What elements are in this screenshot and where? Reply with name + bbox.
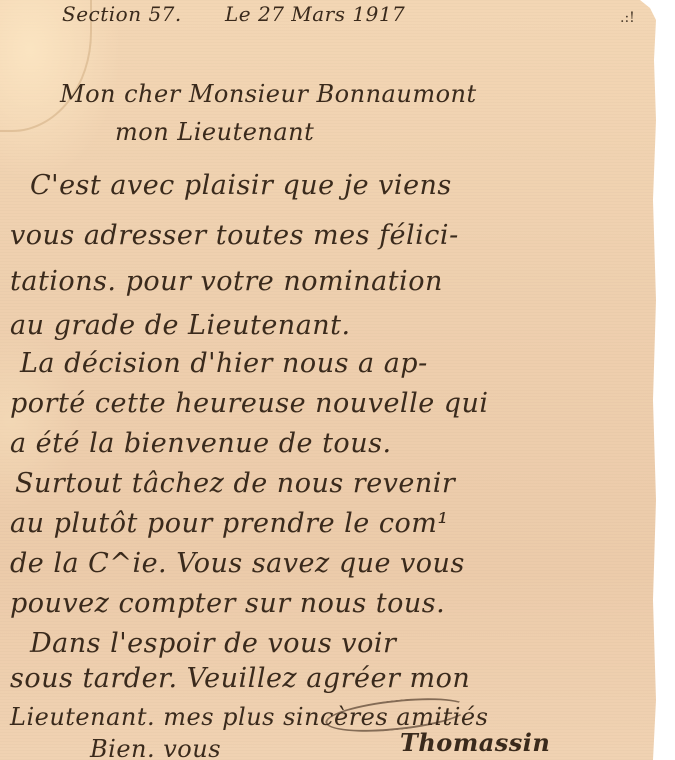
corner-marks: .:! bbox=[620, 10, 635, 26]
body-line: sous tarder. Veuillez agréer mon bbox=[10, 663, 470, 694]
salutation-line-1: Mon cher Monsieur Bonnaumont bbox=[60, 80, 477, 108]
salutation-line-2: mon Lieutenant bbox=[115, 118, 314, 146]
body-line: vous adresser toutes mes félici- bbox=[10, 220, 459, 251]
body-line: de la C^ie. Vous savez que vous bbox=[10, 548, 465, 579]
body-line: pouvez compter sur nous tous. bbox=[10, 588, 445, 619]
body-line: au plutôt pour prendre le com¹ bbox=[10, 508, 449, 539]
letter-place: Section 57. bbox=[62, 2, 182, 26]
closing: Bien. vous bbox=[90, 735, 221, 760]
body-line: tations. pour votre nomination bbox=[10, 266, 443, 297]
body-line: La décision d'hier nous a ap- bbox=[20, 348, 428, 379]
body-line: a été la bienvenue de tous. bbox=[10, 428, 392, 459]
body-line: porté cette heureuse nouvelle qui bbox=[10, 388, 489, 419]
body-line: au grade de Lieutenant. bbox=[10, 310, 351, 341]
body-line: Surtout tâchez de nous revenir bbox=[15, 468, 455, 499]
signature: Thomassin bbox=[400, 728, 550, 757]
body-line: Dans l'espoir de vous voir bbox=[30, 628, 396, 659]
letter-paper: Section 57. Le 27 Mars 1917 .:! Mon cher… bbox=[0, 0, 656, 760]
letter-date: Le 27 Mars 1917 bbox=[225, 2, 405, 26]
body-line: C'est avec plaisir que je viens bbox=[30, 170, 452, 201]
